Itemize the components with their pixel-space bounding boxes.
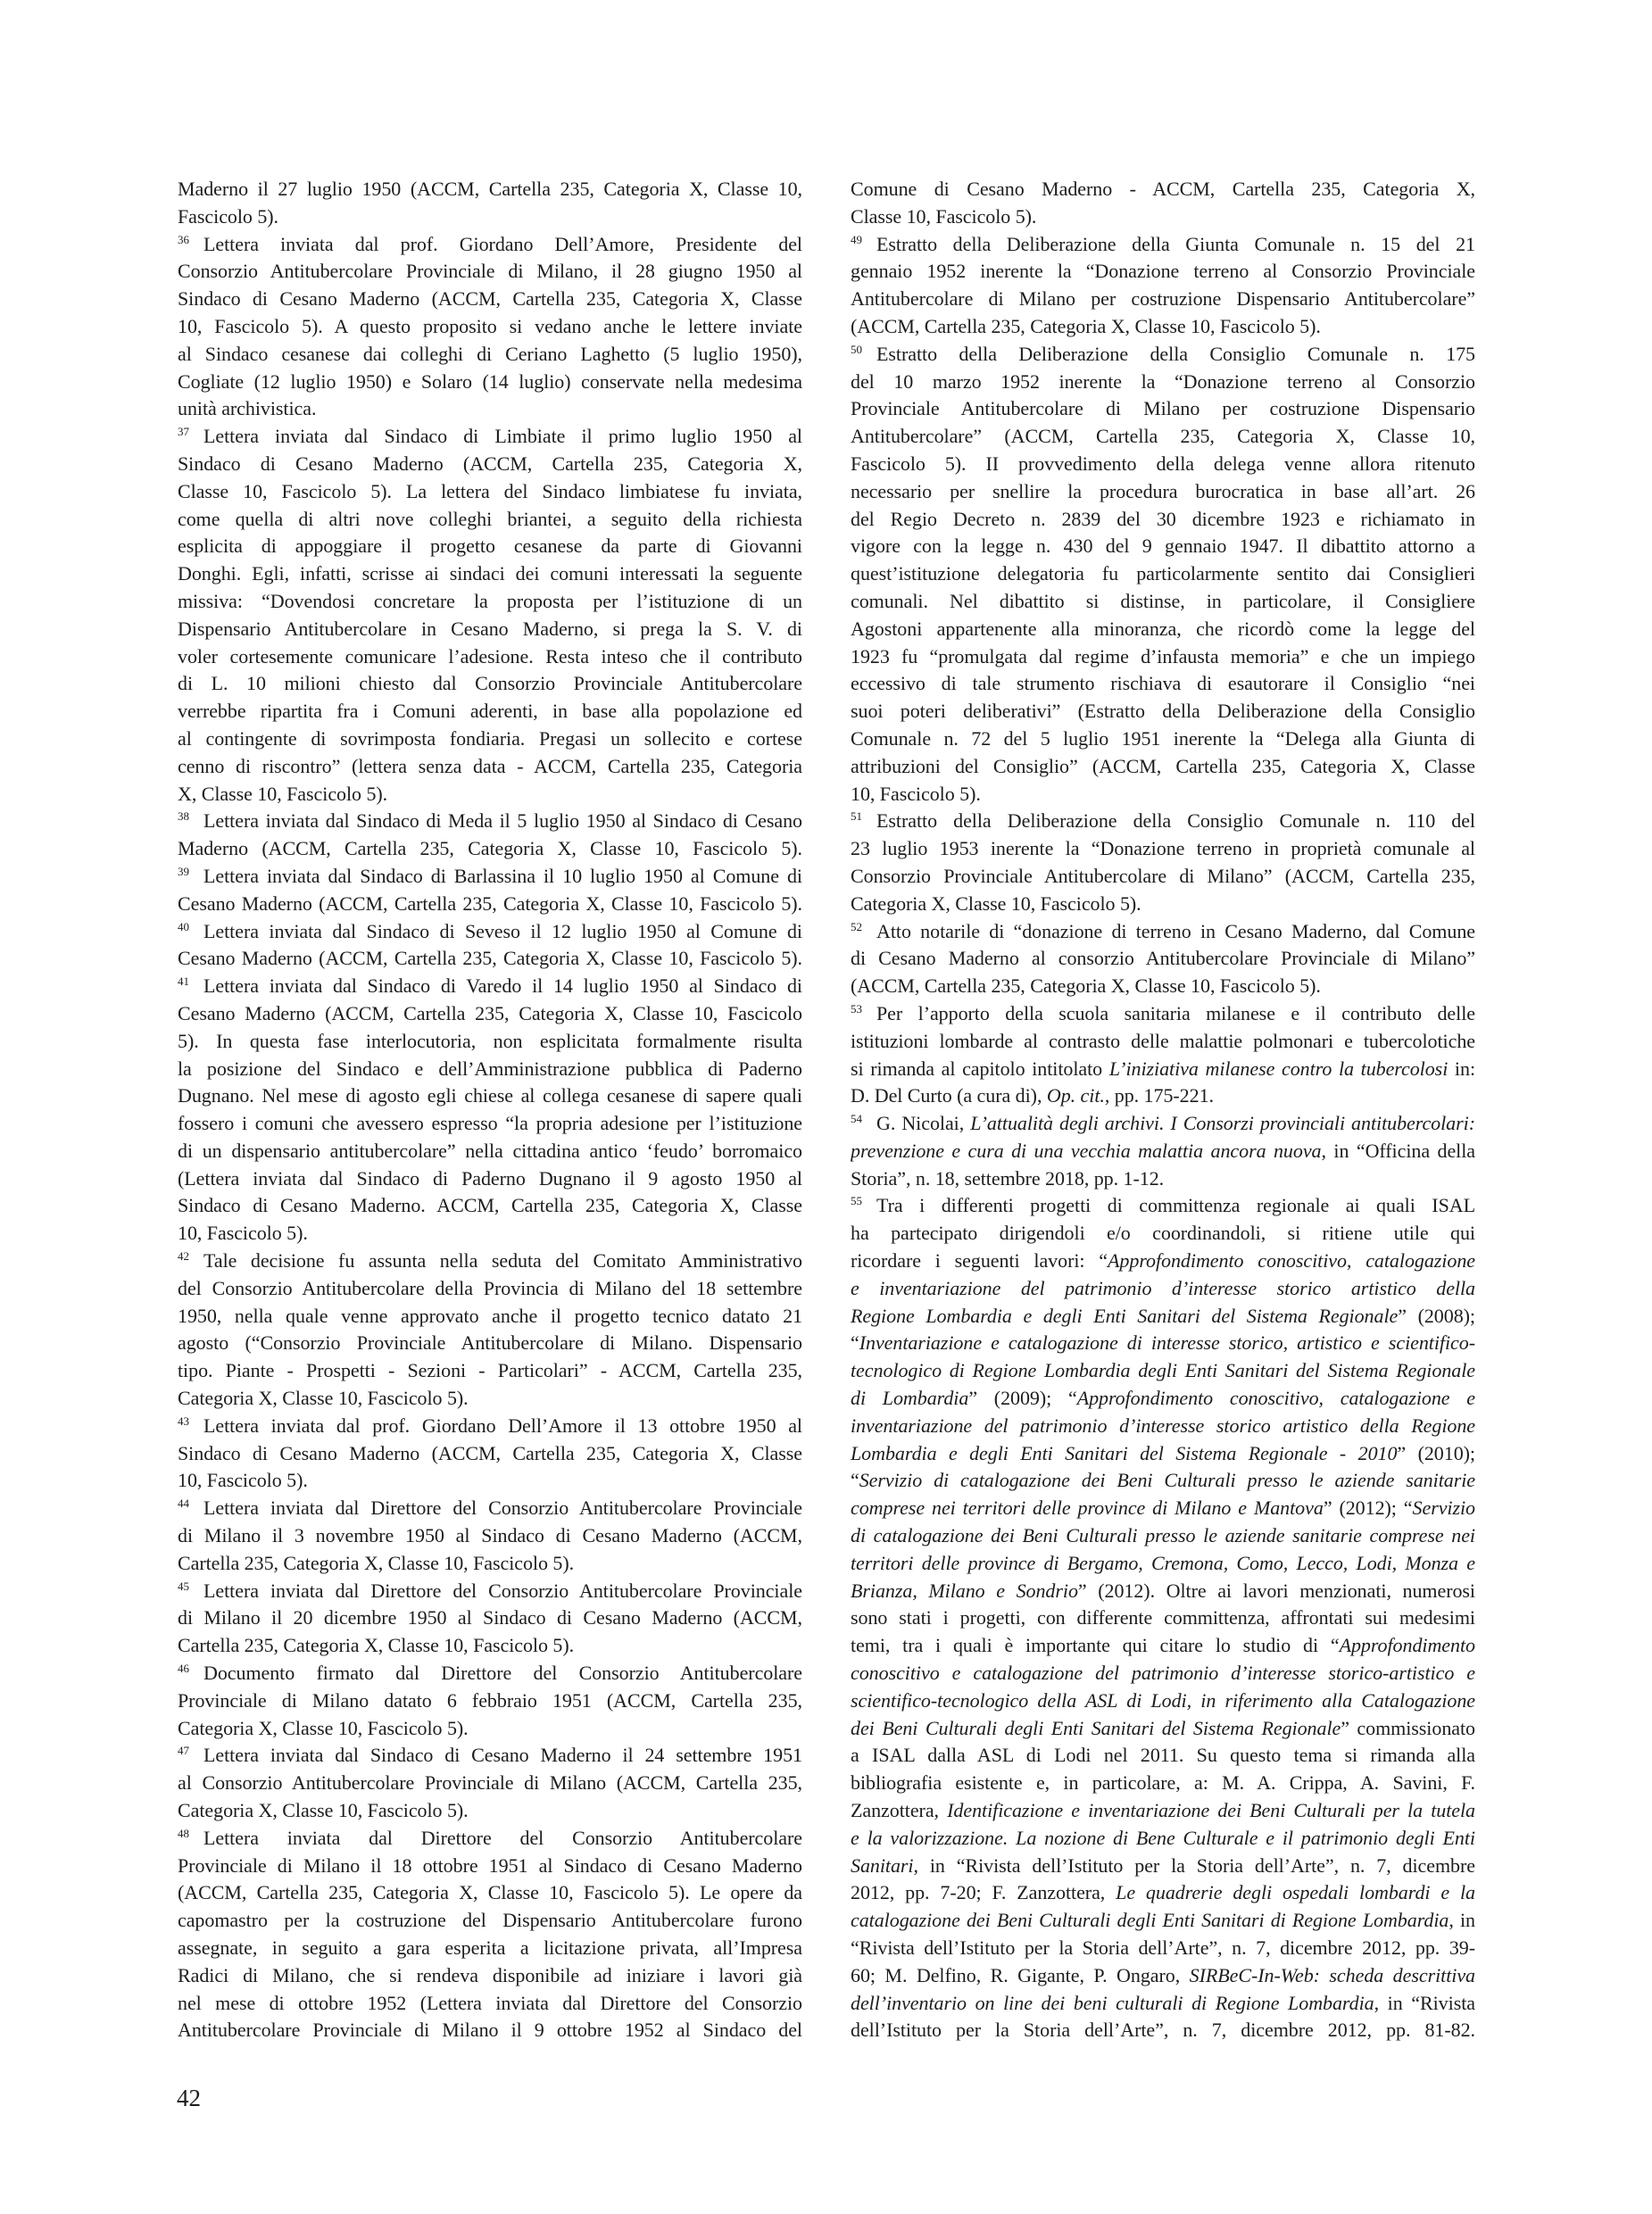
- footnote-text: Categoria X, Classe 10, Fascicolo 5).: [178, 1387, 469, 1409]
- footnote-text: “Rivista dell’Istituto per la Storia del…: [851, 1936, 1475, 1959]
- footnote-41: 41Lettera inviata dal Sindaco di Varedo …: [178, 973, 802, 1248]
- text-line: attribuzioni del Consiglio” (ACCM, Carte…: [851, 753, 1475, 781]
- text-line: Radici di Milano, che si rendeva disponi…: [178, 1962, 802, 1990]
- text-line: comprese nei territori delle province di…: [851, 1495, 1475, 1522]
- text-line: al Sindaco cesanese dai colleghi di Ceri…: [178, 341, 802, 369]
- text-line: Brianza, Milano e Sondrio” (2012). Oltre…: [851, 1578, 1475, 1605]
- footnote-text: , pp. 175-221.: [1105, 1084, 1214, 1107]
- italic-title-text: catalogazione dei Beni Culturali degli E…: [851, 1909, 1449, 1931]
- italic-title-text: dell’inventario on line dei beni cultura…: [851, 1992, 1374, 2014]
- footnote-text: ” (2008);: [1398, 1305, 1475, 1327]
- footnote-text: “: [851, 1331, 859, 1354]
- footnote-text: eccessivo di tale strumento rischiava di…: [851, 672, 1475, 694]
- footnote-text: fossero i comuni che avessero espresso “…: [178, 1112, 802, 1134]
- footnote-number: 40: [178, 921, 203, 933]
- footnote-text: ” (2012). Oltre ai lavori menzionati, nu…: [1078, 1580, 1475, 1602]
- text-line: 10, Fascicolo 5).: [851, 781, 1475, 808]
- footnote-52: 52Atto notarile di “donazione di terreno…: [851, 918, 1475, 1000]
- footnote-text: 2012, pp. 7-20; F. Zanzottera,: [851, 1881, 1116, 1903]
- text-line: dell’inventario on line dei beni cultura…: [851, 1990, 1475, 2018]
- footnote-text: Tra i differenti progetti di committenza…: [876, 1194, 1475, 1216]
- text-line: 46Documento firmato dal Direttore del Co…: [178, 1660, 802, 1687]
- text-line: come quella di altri nove colleghi brian…: [178, 506, 802, 534]
- footnote-text: Dispensario Antitubercolare in Cesano Ma…: [178, 618, 802, 640]
- footnote-text: Agostoni appartenente alla minoranza, ch…: [851, 618, 1475, 640]
- footnote-text: Zanzottera,: [851, 1799, 947, 1821]
- text-line: dei Beni Culturali degli Enti Sanitari d…: [851, 1715, 1475, 1743]
- text-line: istituzioni lombarde al contrasto delle …: [851, 1028, 1475, 1056]
- footnote-text: Lettera inviata dal Sindaco di Cesano Ma…: [203, 1744, 802, 1766]
- footnote-text: assegnate, in seguito a gara esperita a …: [178, 1936, 802, 1959]
- text-line: ha partecipato dirigendoli e/o coordinan…: [851, 1220, 1475, 1248]
- footnote-text: Consorzio Provinciale Antitubercolare di…: [851, 865, 1475, 887]
- text-line: Consorzio Antitubercolare Provinciale di…: [178, 258, 802, 286]
- italic-title-text: Inventariazione e catalogazione di inter…: [859, 1331, 1475, 1354]
- footnotes-left-column: Maderno il 27 luglio 1950 (ACCM, Cartell…: [178, 176, 802, 2044]
- footnote-text: (ACCM, Cartella 235, Categoria X, Classe…: [851, 315, 1321, 337]
- text-line: Categoria X, Classe 10, Fascicolo 5).: [178, 1385, 802, 1413]
- italic-title-text: Servizio: [1413, 1497, 1475, 1519]
- text-line: 10, Fascicolo 5).: [178, 1467, 802, 1495]
- footnote-text: Lettera inviata dal prof. Giordano Dell’…: [203, 233, 802, 255]
- footnote-text: , in: [1449, 1909, 1475, 1931]
- footnote-text: istituzioni lombarde al contrasto delle …: [851, 1030, 1475, 1052]
- italic-title-text: dei Beni Culturali degli Enti Sanitari d…: [851, 1717, 1341, 1739]
- footnote-text: Cogliate (12 luglio 1950) e Solaro (14 l…: [178, 370, 802, 393]
- footnote-number: 46: [178, 1663, 203, 1674]
- text-line: 51Estratto della Deliberazione della Con…: [851, 808, 1475, 835]
- text-line: del 10 marzo 1952 inerente la “Donazione…: [851, 369, 1475, 396]
- footnote-text: a ISAL dalla ASL di Lodi nel 2011. Su qu…: [851, 1744, 1475, 1766]
- footnote-text: attribuzioni del Consiglio” (ACCM, Carte…: [851, 755, 1475, 777]
- footnote-55: 55Tra i differenti progetti di committen…: [851, 1192, 1475, 2044]
- footnote-text: Sindaco di Cesano Maderno (ACCM, Cartell…: [178, 287, 802, 310]
- text-line: verrebbe ripartita fra i Comuni aderenti…: [178, 698, 802, 726]
- text-line: “Servizio di catalogazione dei Beni Cult…: [851, 1467, 1475, 1495]
- text-line: gennaio 1952 inerente la “Donazione terr…: [851, 258, 1475, 286]
- italic-title-text: di catalogazione dei Beni Culturali pres…: [851, 1524, 1475, 1546]
- text-line: Comunale n. 72 del 5 luglio 1951 inerent…: [851, 726, 1475, 753]
- text-line: Categoria X, Classe 10, Fascicolo 5).: [851, 891, 1475, 918]
- footnote-text: “: [851, 1469, 859, 1491]
- italic-title-text: conoscitivo e catalogazione del patrimon…: [851, 1662, 1475, 1684]
- text-line: 53Per l’apporto della scuola sanitaria m…: [851, 1000, 1475, 1028]
- footnote-text: di Milano il 3 novembre 1950 al Sindaco …: [178, 1524, 802, 1546]
- text-line: 48Lettera inviata dal Direttore del Cons…: [178, 1825, 802, 1853]
- footnote-text: suoi poteri deliberativi” (Estratto dell…: [851, 700, 1475, 722]
- text-line: (ACCM, Cartella 235, Categoria X, Classe…: [851, 313, 1475, 341]
- italic-title-text: territori delle province di Bergamo, Cre…: [851, 1552, 1475, 1574]
- footnote-44: 44Lettera inviata dal Direttore del Cons…: [178, 1495, 802, 1577]
- text-line: la posizione del Sindaco e dell’Amminist…: [178, 1056, 802, 1083]
- footnote-45: 45Lettera inviata dal Direttore del Cons…: [178, 1578, 802, 1660]
- text-line: di catalogazione dei Beni Culturali pres…: [851, 1522, 1475, 1550]
- italic-title-text: inventariazione del patrimonio d’interes…: [851, 1414, 1475, 1437]
- footnote-text: Classe 10, Fascicolo 5). La lettera del …: [178, 480, 802, 502]
- text-line: e inventariazione del patrimonio d’inter…: [851, 1275, 1475, 1303]
- footnote-text: G. Nicolai,: [876, 1112, 970, 1134]
- text-line: Dugnano. Nel mese di agosto egli chiese …: [178, 1082, 802, 1110]
- text-line: inventariazione del patrimonio d’interes…: [851, 1413, 1475, 1440]
- footnote-39: 39Lettera inviata dal Sindaco di Barlass…: [178, 863, 802, 918]
- footnote-text: cenno di riscontro” (lettera senza data …: [178, 755, 802, 777]
- footnote-text: del Regio Decreto n. 2839 del 30 dicembr…: [851, 508, 1475, 530]
- document-page: Maderno il 27 luglio 1950 (ACCM, Cartell…: [0, 0, 1652, 2214]
- footnote-text: 10, Fascicolo 5).: [851, 783, 981, 805]
- text-line: Cesano Maderno (ACCM, Cartella 235, Cate…: [178, 945, 802, 973]
- italic-title-text: e la valorizzazione. La nozione di Bene …: [851, 1827, 1475, 1849]
- text-line: agosto (“Consorzio Provinciale Antituber…: [178, 1330, 802, 1357]
- italic-title-text: Lombardia e degli Enti Sanitari del Sist…: [851, 1442, 1397, 1464]
- text-line: a ISAL dalla ASL di Lodi nel 2011. Su qu…: [851, 1742, 1475, 1770]
- footnote-text: di Milano il 20 dicembre 1950 al Sindaco…: [178, 1606, 802, 1629]
- text-line: 10, Fascicolo 5). A questo proposito si …: [178, 313, 802, 341]
- italic-title-text: Approfondimento: [1340, 1634, 1475, 1656]
- text-line: Consorzio Provinciale Antitubercolare di…: [851, 863, 1475, 891]
- page-number: 42: [177, 2086, 201, 2110]
- footnote-text: 1923 fu “promulgata dal regime d’infaust…: [851, 645, 1475, 668]
- italic-title-text: prevenzione e cura di una vecchia malatt…: [851, 1140, 1322, 1162]
- footnotes-right-column: Comune di Cesano Maderno - ACCM, Cartell…: [851, 176, 1475, 2044]
- text-line: di Cesano Maderno al consorzio Antituber…: [851, 945, 1475, 973]
- footnote-text: Fascicolo 5).: [178, 205, 278, 228]
- italic-title-text: Sanitari: [851, 1854, 914, 1877]
- text-line: nel mese di ottobre 1952 (Lettera inviat…: [178, 1990, 802, 2018]
- footnote-38: 38Lettera inviata dal Sindaco di Meda il…: [178, 808, 802, 863]
- text-line: dell’Istituto per la Storia dell’Arte”, …: [851, 2017, 1475, 2044]
- text-line: Comune di Cesano Maderno - ACCM, Cartell…: [851, 176, 1475, 203]
- footnote-text: Storia”, n. 18, settembre 2018, pp. 1-12…: [851, 1167, 1164, 1190]
- text-line: Antitubercolare di Milano per costruzion…: [851, 286, 1475, 313]
- text-line: tipo. Piante - Prospetti - Sezioni - Par…: [178, 1357, 802, 1385]
- italic-title-text: L’attualità degli archivi. I Consorzi pr…: [970, 1112, 1475, 1134]
- footnote-text: Lettera inviata dal Direttore del Consor…: [203, 1580, 802, 1602]
- text-line: 42Tale decisione fu assunta nella seduta…: [178, 1248, 802, 1275]
- footnote-text: 23 luglio 1953 inerente la “Donazione te…: [851, 837, 1475, 859]
- italic-title-text: SIRBeC-In-Web: scheda descrittiva: [1190, 1964, 1475, 1986]
- footnote-text: del 10 marzo 1952 inerente la “Donazione…: [851, 370, 1475, 393]
- footnote-number: 36: [178, 234, 203, 245]
- footnote-text: Donghi. Egli, infatti, scrisse ai sindac…: [178, 562, 802, 585]
- text-line: X, Classe 10, Fascicolo 5).: [178, 781, 802, 808]
- footnote-text: Categoria X, Classe 10, Fascicolo 5).: [851, 892, 1141, 915]
- text-line: voler cortesemente comunicare l’adesione…: [178, 643, 802, 671]
- footnote-text: necessario per snellire la procedura bur…: [851, 480, 1475, 502]
- footnote-number: 41: [178, 975, 203, 987]
- text-line: Sindaco di Cesano Maderno. ACCM, Cartell…: [178, 1192, 802, 1220]
- footnote-text: Categoria X, Classe 10, Fascicolo 5).: [178, 1717, 469, 1739]
- footnote-text: Lettera inviata dal Direttore del Consor…: [203, 1497, 802, 1519]
- text-line: 47Lettera inviata dal Sindaco di Cesano …: [178, 1742, 802, 1770]
- footnote-text: 1950, nella quale venne approvato anche …: [178, 1305, 802, 1327]
- text-line: Provinciale di Milano datato 6 febbraio …: [178, 1687, 802, 1715]
- footnote-text: dell’Istituto per la Storia dell’Arte”, …: [851, 2019, 1475, 2041]
- text-line: Cesano Maderno (ACCM, Cartella 235, Cate…: [178, 1000, 802, 1028]
- footnote-number: 49: [851, 234, 876, 245]
- text-line: bibliografia esistente e, in particolare…: [851, 1770, 1475, 1797]
- text-line: “Rivista dell’Istituto per la Storia del…: [851, 1935, 1475, 1962]
- text-line: fossero i comuni che avessero espresso “…: [178, 1110, 802, 1138]
- footnote-number: 38: [178, 810, 203, 822]
- footnote-number: 52: [851, 921, 876, 933]
- text-line: esplicita di appoggiare il progetto cesa…: [178, 533, 802, 560]
- text-line: Donghi. Egli, infatti, scrisse ai sindac…: [178, 560, 802, 588]
- footnote-text: Comune di Cesano Maderno - ACCM, Cartell…: [851, 178, 1475, 200]
- footnote-continuation: Maderno il 27 luglio 1950 (ACCM, Cartell…: [178, 176, 802, 231]
- italic-title-text: di Lombardia: [851, 1387, 968, 1409]
- text-line: 2012, pp. 7-20; F. Zanzottera, Le quadre…: [851, 1879, 1475, 1907]
- text-line: Agostoni appartenente alla minoranza, ch…: [851, 616, 1475, 643]
- text-line: 43Lettera inviata dal prof. Giordano Del…: [178, 1413, 802, 1440]
- footnote-text: unità archivistica.: [178, 397, 316, 419]
- footnote-47: 47Lettera inviata dal Sindaco di Cesano …: [178, 1742, 802, 1824]
- text-line: Cartella 235, Categoria X, Classe 10, Fa…: [178, 1632, 802, 1660]
- footnote-text: di un dispensario antitubercolare” nella…: [178, 1140, 802, 1162]
- footnote-number: 48: [178, 1828, 203, 1839]
- footnote-number: 55: [851, 1195, 876, 1207]
- italic-title-text: e inventariazione del patrimonio d’inter…: [851, 1277, 1475, 1299]
- text-line: Lombardia e degli Enti Sanitari del Sist…: [851, 1440, 1475, 1468]
- text-line: al Consorzio Antitubercolare Provinciale…: [178, 1770, 802, 1797]
- footnote-text: la posizione del Sindaco e dell’Amminist…: [178, 1057, 802, 1080]
- footnote-text: Lettera inviata dal Sindaco di Limbiate …: [203, 425, 802, 447]
- footnote-text: Estratto della Deliberazione della Consi…: [876, 343, 1475, 365]
- text-line: Provinciale di Milano il 18 ottobre 1951…: [178, 1853, 802, 1880]
- text-line: Sanitari, in “Rivista dell’Istituto per …: [851, 1853, 1475, 1880]
- italic-title-text: Approfondimento conoscitivo, catalogazio…: [1108, 1249, 1475, 1272]
- text-line: del Consorzio Antitubercolare della Prov…: [178, 1275, 802, 1303]
- text-line: 37Lettera inviata dal Sindaco di Limbiat…: [178, 423, 802, 451]
- italic-title-text: Le quadrerie degli ospedali lombardi e l…: [1116, 1881, 1475, 1903]
- footnote-text: verrebbe ripartita fra i Comuni aderenti…: [178, 700, 802, 722]
- footnote-text: al contingente di sovrimposta fondiaria.…: [178, 727, 802, 750]
- footnote-text: (ACCM, Cartella 235, Categoria X, Classe…: [851, 974, 1321, 997]
- footnote-text: Radici di Milano, che si rendeva disponi…: [178, 1964, 802, 1986]
- text-line: capomastro per la costruzione del Dispen…: [178, 1907, 802, 1935]
- text-line: di Milano il 20 dicembre 1950 al Sindaco…: [178, 1605, 802, 1632]
- footnote-text: quest’istituzione delegatoria fu partico…: [851, 562, 1475, 585]
- footnote-text: ricordare i seguenti lavori: “: [851, 1249, 1108, 1272]
- footnote-number: 42: [178, 1250, 203, 1262]
- text-line: 1950, nella quale venne approvato anche …: [178, 1303, 802, 1331]
- italic-title-text: tecnologico di Regione Lombardia degli E…: [851, 1359, 1475, 1381]
- text-line: del Regio Decreto n. 2839 del 30 dicembr…: [851, 506, 1475, 534]
- italic-title-text: Brianza, Milano e Sondrio: [851, 1580, 1078, 1602]
- text-line: 10, Fascicolo 5).: [178, 1220, 802, 1248]
- footnote-text: Sindaco di Cesano Maderno (ACCM, Cartell…: [178, 452, 802, 475]
- footnote-40: 40Lettera inviata dal Sindaco di Seveso …: [178, 918, 802, 974]
- footnote-number: 50: [851, 344, 876, 355]
- text-line: Categoria X, Classe 10, Fascicolo 5).: [178, 1715, 802, 1743]
- footnote-text: bibliografia esistente e, in particolare…: [851, 1771, 1475, 1794]
- text-line: Sindaco di Cesano Maderno (ACCM, Cartell…: [178, 451, 802, 478]
- footnote-text: 60; M. Delfino, R. Gigante, P. Ongaro,: [851, 1964, 1190, 1986]
- footnote-text: Cesano Maderno (ACCM, Cartella 235, Cate…: [178, 947, 802, 969]
- text-line: suoi poteri deliberativi” (Estratto dell…: [851, 698, 1475, 726]
- footnote-text: al Consorzio Antitubercolare Provinciale…: [178, 1771, 802, 1794]
- footnote-number: 39: [178, 866, 203, 877]
- text-line: 41Lettera inviata dal Sindaco di Varedo …: [178, 973, 802, 1000]
- text-line: Zanzottera, Identificazione e inventaria…: [851, 1797, 1475, 1825]
- footnote-text: D. Del Curto (a cura di),: [851, 1084, 1047, 1107]
- text-line: vigore con la legge n. 430 del 9 gennaio…: [851, 533, 1475, 560]
- text-line: comunali. Nel dibattito si distinse, in …: [851, 588, 1475, 616]
- text-line: e la valorizzazione. La nozione di Bene …: [851, 1825, 1475, 1853]
- footnote-text: vigore con la legge n. 430 del 9 gennaio…: [851, 535, 1475, 557]
- text-line: sono stati i progetti, con differente co…: [851, 1605, 1475, 1632]
- footnote-text: Sindaco di Cesano Maderno. ACCM, Cartell…: [178, 1194, 802, 1216]
- footnote-text: Estratto della Deliberazione della Giunt…: [876, 233, 1475, 255]
- text-line: 23 luglio 1953 inerente la “Donazione te…: [851, 835, 1475, 863]
- text-line: conoscitivo e catalogazione del patrimon…: [851, 1660, 1475, 1687]
- footnote-42: 42Tale decisione fu assunta nella seduta…: [178, 1248, 802, 1413]
- text-line: 60; M. Delfino, R. Gigante, P. Ongaro, S…: [851, 1962, 1475, 1990]
- footnote-text: come quella di altri nove colleghi brian…: [178, 508, 802, 530]
- footnote-36: 36Lettera inviata dal prof. Giordano Del…: [178, 231, 802, 424]
- footnote-text: Per l’apporto della scuola sanitaria mil…: [876, 1002, 1475, 1024]
- footnote-text: Lettera inviata dal Sindaco di Barlassin…: [203, 865, 802, 887]
- text-line: (Lettera inviata dal Sindaco di Paderno …: [178, 1165, 802, 1193]
- italic-title-text: comprese nei territori delle province di…: [851, 1497, 1324, 1519]
- footnote-text: Lettera inviata dal Direttore del Consor…: [203, 1827, 802, 1849]
- footnote-46: 46Documento firmato dal Direttore del Co…: [178, 1660, 802, 1742]
- text-line: Classe 10, Fascicolo 5). La lettera del …: [178, 478, 802, 506]
- text-line: 55Tra i differenti progetti di committen…: [851, 1192, 1475, 1220]
- footnote-text: X, Classe 10, Fascicolo 5).: [178, 783, 387, 805]
- text-line: 5). In questa fase interlocutoria, non e…: [178, 1028, 802, 1056]
- text-line: Maderno (ACCM, Cartella 235, Categoria X…: [178, 835, 802, 863]
- footnote-48: 48Lettera inviata dal Direttore del Cons…: [178, 1825, 802, 2044]
- text-line: di Lombardia” (2009); “Approfondimento c…: [851, 1385, 1475, 1413]
- footnote-number: 51: [851, 810, 876, 822]
- footnote-text: 10, Fascicolo 5). A questo proposito si …: [178, 315, 802, 337]
- footnote-text: Classe 10, Fascicolo 5).: [851, 205, 1036, 228]
- footnote-text: , in “Rivista: [1374, 1992, 1475, 2014]
- footnote-50: 50Estratto della Deliberazione della Con…: [851, 341, 1475, 808]
- footnote-text: Maderno (ACCM, Cartella 235, Categoria X…: [178, 837, 802, 859]
- footnote-54: 54G. Nicolai, L’attualità degli archivi.…: [851, 1110, 1475, 1192]
- footnote-text: missiva: “Dovendosi concretare la propos…: [178, 590, 802, 612]
- italic-title-text: Identificazione e inventariazione dei Be…: [947, 1799, 1475, 1821]
- text-line: 50Estratto della Deliberazione della Con…: [851, 341, 1475, 369]
- footnote-text: Provinciale Antitubercolare di Milano pe…: [851, 397, 1475, 419]
- footnote-text: Cartella 235, Categoria X, Classe 10, Fa…: [178, 1552, 574, 1574]
- footnote-text: Cartella 235, Categoria X, Classe 10, Fa…: [178, 1634, 574, 1656]
- text-line: Dispensario Antitubercolare in Cesano Ma…: [178, 616, 802, 643]
- footnote-number: 43: [178, 1415, 203, 1427]
- footnote-number: 45: [178, 1580, 203, 1592]
- footnote-text: si rimanda al capitolo intitolato: [851, 1057, 1109, 1080]
- footnote-number: 53: [851, 1003, 876, 1015]
- text-line: Cesano Maderno (ACCM, Cartella 235, Cate…: [178, 891, 802, 918]
- footnote-text: Lettera inviata dal Sindaco di Varedo il…: [203, 974, 802, 997]
- footnote-49: 49Estratto della Deliberazione della Giu…: [851, 231, 1475, 341]
- footnote-text: di L. 10 milioni chiesto dal Consorzio P…: [178, 672, 802, 694]
- footnote-text: comunali. Nel dibattito si distinse, in …: [851, 590, 1475, 612]
- text-line: 49Estratto della Deliberazione della Giu…: [851, 231, 1475, 259]
- text-line: 45Lettera inviata dal Direttore del Cons…: [178, 1578, 802, 1605]
- footnote-text: Tale decisione fu assunta nella seduta d…: [203, 1249, 802, 1272]
- text-line: temi, tra i quali è importante qui citar…: [851, 1632, 1475, 1660]
- footnote-number: 54: [851, 1113, 876, 1124]
- footnote-text: Categoria X, Classe 10, Fascicolo 5).: [178, 1799, 469, 1821]
- text-line: 44Lettera inviata dal Direttore del Cons…: [178, 1495, 802, 1522]
- footnote-text: di Cesano Maderno al consorzio Antituber…: [851, 947, 1475, 969]
- footnote-text: Atto notarile di “donazione di terreno i…: [876, 920, 1475, 942]
- italic-title-text: Approfondimento conoscitivo, catalogazio…: [1077, 1387, 1475, 1409]
- footnote-text: Maderno il 27 luglio 1950 (ACCM, Cartell…: [178, 178, 802, 200]
- text-line: eccessivo di tale strumento rischiava di…: [851, 670, 1475, 698]
- text-line: Cogliate (12 luglio 1950) e Solaro (14 l…: [178, 369, 802, 396]
- text-line: necessario per snellire la procedura bur…: [851, 478, 1475, 506]
- footnote-text: Cesano Maderno (ACCM, Cartella 235, Cate…: [178, 892, 802, 915]
- text-line: 38Lettera inviata dal Sindaco di Meda il…: [178, 808, 802, 835]
- text-line: Classe 10, Fascicolo 5).: [851, 203, 1475, 231]
- text-line: (ACCM, Cartella 235, Categoria X, Classe…: [178, 1879, 802, 1907]
- text-line: 40Lettera inviata dal Sindaco di Seveso …: [178, 918, 802, 946]
- text-line: di un dispensario antitubercolare” nella…: [178, 1138, 802, 1165]
- text-line: territori delle province di Bergamo, Cre…: [851, 1550, 1475, 1578]
- italic-title-text: Servizio di catalogazione dei Beni Cultu…: [859, 1469, 1475, 1491]
- text-line: Antitubercolare” (ACCM, Cartella 235, Ca…: [851, 423, 1475, 451]
- text-line: Categoria X, Classe 10, Fascicolo 5).: [178, 1797, 802, 1825]
- footnote-text: ” commissionato: [1341, 1717, 1475, 1739]
- footnote-text: sono stati i progetti, con differente co…: [851, 1606, 1475, 1629]
- footnote-text: ” (2009); “: [968, 1387, 1076, 1409]
- footnote-text: 10, Fascicolo 5).: [178, 1222, 308, 1244]
- footnote-text: Lettera inviata dal prof. Giordano Dell’…: [203, 1414, 802, 1437]
- footnote-51: 51Estratto della Deliberazione della Con…: [851, 808, 1475, 917]
- footnote-text: Provinciale di Milano datato 6 febbraio …: [178, 1689, 802, 1712]
- footnote-text: Cesano Maderno (ACCM, Cartella 235, Cate…: [178, 1002, 802, 1024]
- text-line: scientifico-tecnologico della ASL di Lod…: [851, 1687, 1475, 1715]
- text-line: tecnologico di Regione Lombardia degli E…: [851, 1357, 1475, 1385]
- text-line: D. Del Curto (a cura di), Op. cit., pp. …: [851, 1082, 1475, 1110]
- text-line: Maderno il 27 luglio 1950 (ACCM, Cartell…: [178, 176, 802, 203]
- footnote-text: ” (2012); “: [1324, 1497, 1413, 1519]
- text-line: 39Lettera inviata dal Sindaco di Barlass…: [178, 863, 802, 891]
- footnote-text: , in “Rivista dell’Istituto per la Stori…: [914, 1854, 1476, 1877]
- text-line: Sindaco di Cesano Maderno (ACCM, Cartell…: [178, 1440, 802, 1468]
- footnote-text: Provinciale di Milano il 18 ottobre 1951…: [178, 1854, 802, 1877]
- italic-title-text: scientifico-tecnologico della ASL di Lod…: [851, 1689, 1475, 1712]
- footnote-text: gennaio 1952 inerente la “Donazione terr…: [851, 260, 1475, 282]
- footnote-text: voler cortesemente comunicare l’adesione…: [178, 645, 802, 668]
- footnote-text: capomastro per la costruzione del Dispen…: [178, 1909, 802, 1931]
- footnote-text: esplicita di appoggiare il progetto cesa…: [178, 535, 802, 557]
- footnote-text: Documento firmato dal Direttore del Cons…: [203, 1662, 802, 1684]
- text-line: 36Lettera inviata dal prof. Giordano Del…: [178, 231, 802, 259]
- footnote-text: in:: [1448, 1057, 1475, 1080]
- text-line: di Milano il 3 novembre 1950 al Sindaco …: [178, 1522, 802, 1550]
- text-line: Provinciale Antitubercolare di Milano pe…: [851, 395, 1475, 423]
- footnote-text: Sindaco di Cesano Maderno (ACCM, Cartell…: [178, 1442, 802, 1464]
- text-line: Sindaco di Cesano Maderno (ACCM, Cartell…: [178, 286, 802, 313]
- text-line: di L. 10 milioni chiesto dal Consorzio P…: [178, 670, 802, 698]
- text-line: missiva: “Dovendosi concretare la propos…: [178, 588, 802, 616]
- footnote-text: 5). In questa fase interlocutoria, non e…: [178, 1030, 802, 1052]
- footnote-text: ” (2010);: [1397, 1442, 1475, 1464]
- italic-title-text: Regione Lombardia e degli Enti Sanitari …: [851, 1305, 1398, 1327]
- footnote-text: del Consorzio Antitubercolare della Prov…: [178, 1277, 802, 1299]
- footnote-text: nel mese di ottobre 1952 (Lettera inviat…: [178, 1992, 802, 2014]
- footnote-text: Antitubercolare Provinciale di Milano il…: [178, 2019, 802, 2041]
- footnote-text: agosto (“Consorzio Provinciale Antituber…: [178, 1331, 802, 1354]
- text-line: si rimanda al capitolo intitolato L’iniz…: [851, 1056, 1475, 1083]
- footnote-text: Dugnano. Nel mese di agosto egli chiese …: [178, 1084, 802, 1107]
- text-line: ricordare i seguenti lavori: “Approfondi…: [851, 1248, 1475, 1275]
- text-line: Antitubercolare Provinciale di Milano il…: [178, 2017, 802, 2044]
